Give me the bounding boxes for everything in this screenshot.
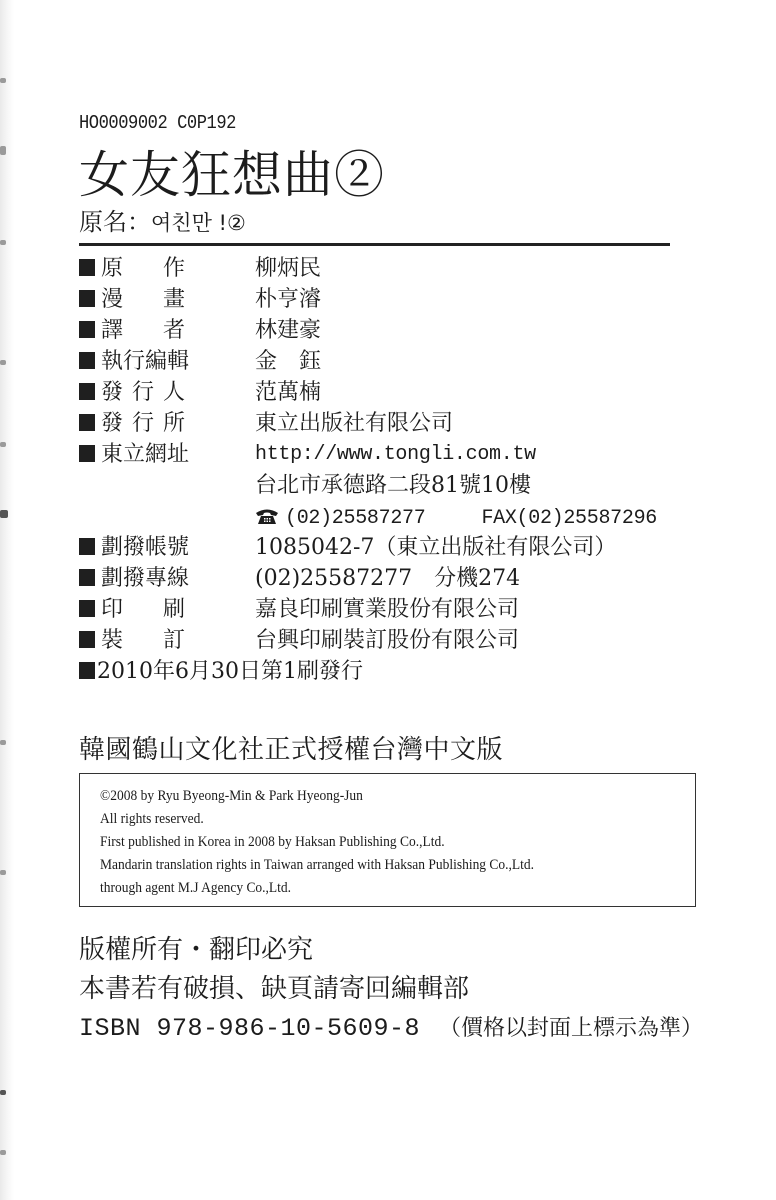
bullet-square-icon	[79, 321, 95, 338]
address-row: 台北市承德路二段81號10樓	[79, 470, 363, 501]
website-link[interactable]: http://www.tongli.com.tw	[255, 439, 536, 470]
credit-label: 漫畫	[101, 284, 185, 315]
payment-row-account: 劃撥帳號 1085042-7（東立出版社有限公司）	[79, 532, 363, 563]
credit-row-website: 東立網址 http://www.tongli.com.tw	[79, 439, 363, 470]
bullet-square-icon	[79, 538, 95, 555]
credit-value: 林建豪	[255, 315, 321, 346]
credit-value: 金 鈺	[255, 346, 321, 377]
footer: 版權所有・翻印必究 本書若有破損、缺頁請寄回編輯部 ISBN 978-986-1…	[79, 931, 469, 1048]
scan-binding-edge	[0, 0, 14, 1200]
phone-number: (02)25587277	[285, 507, 425, 530]
credit-label: 譯者	[101, 315, 185, 346]
credit-label: 發行人	[101, 377, 185, 408]
credit-row-editor: 執行編輯 金 鈺	[79, 346, 363, 377]
credit-label: 東立網址	[101, 439, 211, 470]
phone-fax-row: (02)25587277FAX(02)25587296	[79, 501, 363, 532]
credit-row-artist: 漫畫 朴亨濬	[79, 284, 363, 315]
bullet-square-icon	[79, 445, 95, 462]
copyright-line: All rights reserved.	[100, 808, 653, 831]
credit-label: 執行編輯	[101, 346, 211, 377]
payment-row-hotline: 劃撥專線 (02)25587277 分機274	[79, 563, 363, 594]
price-note: （價格以封面上標示為準）	[439, 1009, 703, 1048]
credit-row-printer: 印刷 嘉良印刷實業股份有限公司	[79, 594, 363, 625]
bullet-square-icon	[79, 600, 95, 617]
original-title-value: 여친만 !②	[151, 211, 246, 235]
original-title-label: 原名：	[79, 208, 151, 236]
address: 台北市承德路二段81號10樓	[255, 470, 531, 501]
rights-reserved: 版權所有・翻印必究	[79, 931, 469, 970]
payment-label: 劃撥帳號	[101, 532, 211, 563]
copyright-box: ©2008 by Ryu Byeong-Min & Park Hyeong-Ju…	[79, 773, 696, 907]
credit-value: 嘉良印刷實業股份有限公司	[255, 594, 519, 625]
copyright-line: First published in Korea in 2008 by Haks…	[100, 831, 653, 854]
return-notice: 本書若有破損、缺頁請寄回編輯部	[79, 970, 469, 1009]
credit-row-publishing-house: 發行所 東立出版社有限公司	[79, 408, 363, 439]
credit-row-binder: 裝訂 台興印刷裝訂股份有限公司	[79, 625, 363, 656]
bullet-square-icon	[79, 662, 95, 679]
credit-value: 朴亨濬	[255, 284, 321, 315]
bullet-square-icon	[79, 414, 95, 431]
credits-list: 原作 柳炳民 漫畫 朴亨濬 譯者 林建豪 執行編輯 金 鈺 發行人 范萬楠 發行…	[79, 253, 363, 687]
copyright-line: through agent M.J Agency Co.,Ltd.	[100, 877, 653, 900]
copyright-line: Mandarin translation rights in Taiwan ar…	[100, 854, 653, 877]
original-title: 原名：여친만 !②	[79, 207, 246, 238]
product-code: HO0009002 C0P192	[79, 112, 236, 134]
copyright-line: ©2008 by Ryu Byeong-Min & Park Hyeong-Ju…	[100, 785, 653, 808]
header-divider	[79, 243, 670, 246]
fax-number: FAX(02)25587296	[481, 507, 657, 530]
credit-row-author: 原作 柳炳民	[79, 253, 363, 284]
credit-value: 東立出版社有限公司	[255, 408, 453, 439]
payment-label: 劃撥專線	[101, 563, 211, 594]
book-title: 女友狂想曲②	[79, 146, 385, 204]
telephone-icon	[255, 507, 279, 525]
bullet-square-icon	[79, 569, 95, 586]
edition-row: 2010年6月30日第1刷發行	[79, 656, 363, 687]
credit-label: 裝訂	[101, 625, 185, 656]
edition-date: 2010年6月30日第1刷發行	[97, 659, 363, 684]
credit-label: 原作	[101, 253, 185, 284]
credit-value: 范萬楠	[255, 377, 321, 408]
credit-value: 柳炳民	[255, 253, 321, 284]
bullet-square-icon	[79, 631, 95, 648]
payment-value: 1085042-7（東立出版社有限公司）	[255, 532, 616, 563]
bullet-square-icon	[79, 259, 95, 276]
bullet-square-icon	[79, 383, 95, 400]
credit-row-translator: 譯者 林建豪	[79, 315, 363, 346]
credit-row-publisher: 發行人 范萬楠	[79, 377, 363, 408]
bullet-square-icon	[79, 290, 95, 307]
license-statement: 韓國鶴山文化社正式授權台灣中文版	[79, 733, 503, 767]
isbn: ISBN 978-986-10-5609-8	[79, 1009, 469, 1048]
credit-value: 台興印刷裝訂股份有限公司	[255, 625, 519, 656]
credit-label: 印刷	[101, 594, 185, 625]
payment-value: (02)25587277 分機274	[255, 563, 520, 594]
credit-label: 發行所	[101, 408, 185, 439]
bullet-square-icon	[79, 352, 95, 369]
phone-fax-line: (02)25587277FAX(02)25587296	[255, 501, 657, 534]
